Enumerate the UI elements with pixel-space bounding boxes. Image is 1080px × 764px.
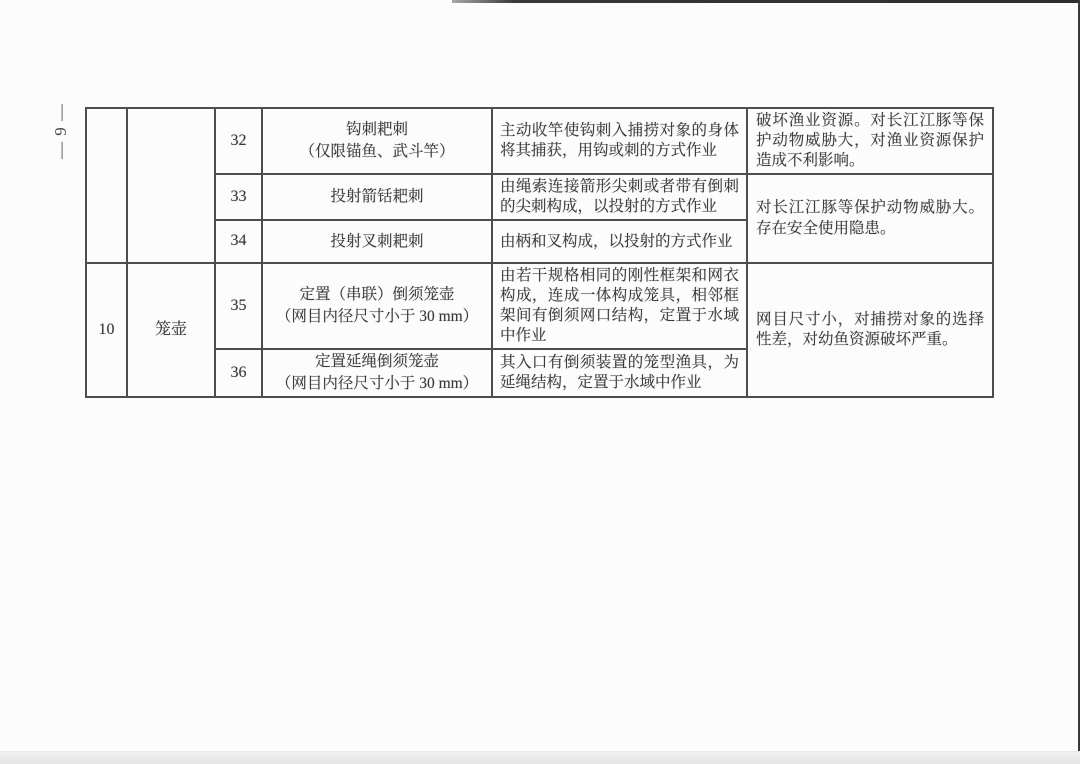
gear-name-line2: （网目内径尺寸小于 30 mm）	[267, 373, 487, 395]
cell-description: 主动收竿使钩刺入捕捞对象的身体将其捕获，用钩或刺的方式作业	[492, 108, 747, 174]
scan-strip-bottom	[0, 751, 1080, 764]
cell-no: 35	[215, 263, 262, 349]
cell-gear-name: 投射箭铦耙刺	[262, 174, 492, 220]
cell-no: 32	[215, 108, 262, 174]
cell-gear-name: 定置（串联）倒须笼壶 （网目内径尺寸小于 30 mm）	[262, 263, 492, 349]
cell-gear-name: 投射叉刺耙刺	[262, 220, 492, 263]
cell-impact: 破坏渔业资源。对长江江豚等保护动物威胁大，对渔业资源保护造成不利影响。	[747, 108, 993, 174]
scanned-document-page: — 9 — 32 钩刺耙刺 （仅限锚鱼、武斗竿） 主动收竿使钩刺入捕捞对象的身体…	[0, 0, 1080, 764]
gear-name-line2: （网目内径尺寸小于 30 mm）	[267, 306, 487, 328]
cell-no: 33	[215, 174, 262, 220]
cell-no: 36	[215, 349, 262, 397]
cell-description: 由绳索连接箭形尖刺或者带有倒刺的尖刺构成，以投射的方式作业	[492, 174, 747, 220]
cell-no: 34	[215, 220, 262, 263]
page-number: — 9 —	[51, 98, 73, 164]
cell-gear-name: 钩刺耙刺 （仅限锚鱼、武斗竿）	[262, 108, 492, 174]
cell-category: 笼壶	[127, 263, 215, 397]
cell-impact: 网目尺寸小，对捕捞对象的选择性差，对幼鱼资源破坏严重。	[747, 263, 993, 397]
gear-name-line2: （仅限锚鱼、武斗竿）	[267, 141, 487, 163]
cell-gear-name: 定置延绳倒须笼壶 （网目内径尺寸小于 30 mm）	[262, 349, 492, 397]
prohibited-fishing-gear-table: 32 钩刺耙刺 （仅限锚鱼、武斗竿） 主动收竿使钩刺入捕捞对象的身体将其捕获，用…	[85, 107, 994, 398]
gear-name-line1: 定置（串联）倒须笼壶	[267, 284, 487, 306]
cell-serial: 10	[86, 263, 127, 397]
cell-description: 由柄和叉构成，以投射的方式作业	[492, 220, 747, 263]
scan-shadow-top	[452, 0, 1080, 3]
table-row: 10 笼壶 35 定置（串联）倒须笼壶 （网目内径尺寸小于 30 mm） 由若干…	[86, 263, 993, 349]
table-row: 33 投射箭铦耙刺 由绳索连接箭形尖刺或者带有倒刺的尖刺构成，以投射的方式作业 …	[86, 174, 993, 220]
cell-serial-continued	[86, 108, 127, 263]
cell-category-continued	[127, 108, 215, 263]
cell-impact: 对长江江豚等保护动物威胁大。存在安全使用隐患。	[747, 174, 993, 263]
table-row: 32 钩刺耙刺 （仅限锚鱼、武斗竿） 主动收竿使钩刺入捕捞对象的身体将其捕获，用…	[86, 108, 993, 174]
cell-description: 其入口有倒须装置的笼型渔具，为延绳结构，定置于水域中作业	[492, 349, 747, 397]
gear-name-line1: 定置延绳倒须笼壶	[267, 351, 487, 373]
cell-description: 由若干规格相同的刚性框架和网衣构成，连成一体构成笼具，相邻框架间有倒须网口结构，…	[492, 263, 747, 349]
gear-name-line1: 钩刺耙刺	[267, 119, 487, 141]
